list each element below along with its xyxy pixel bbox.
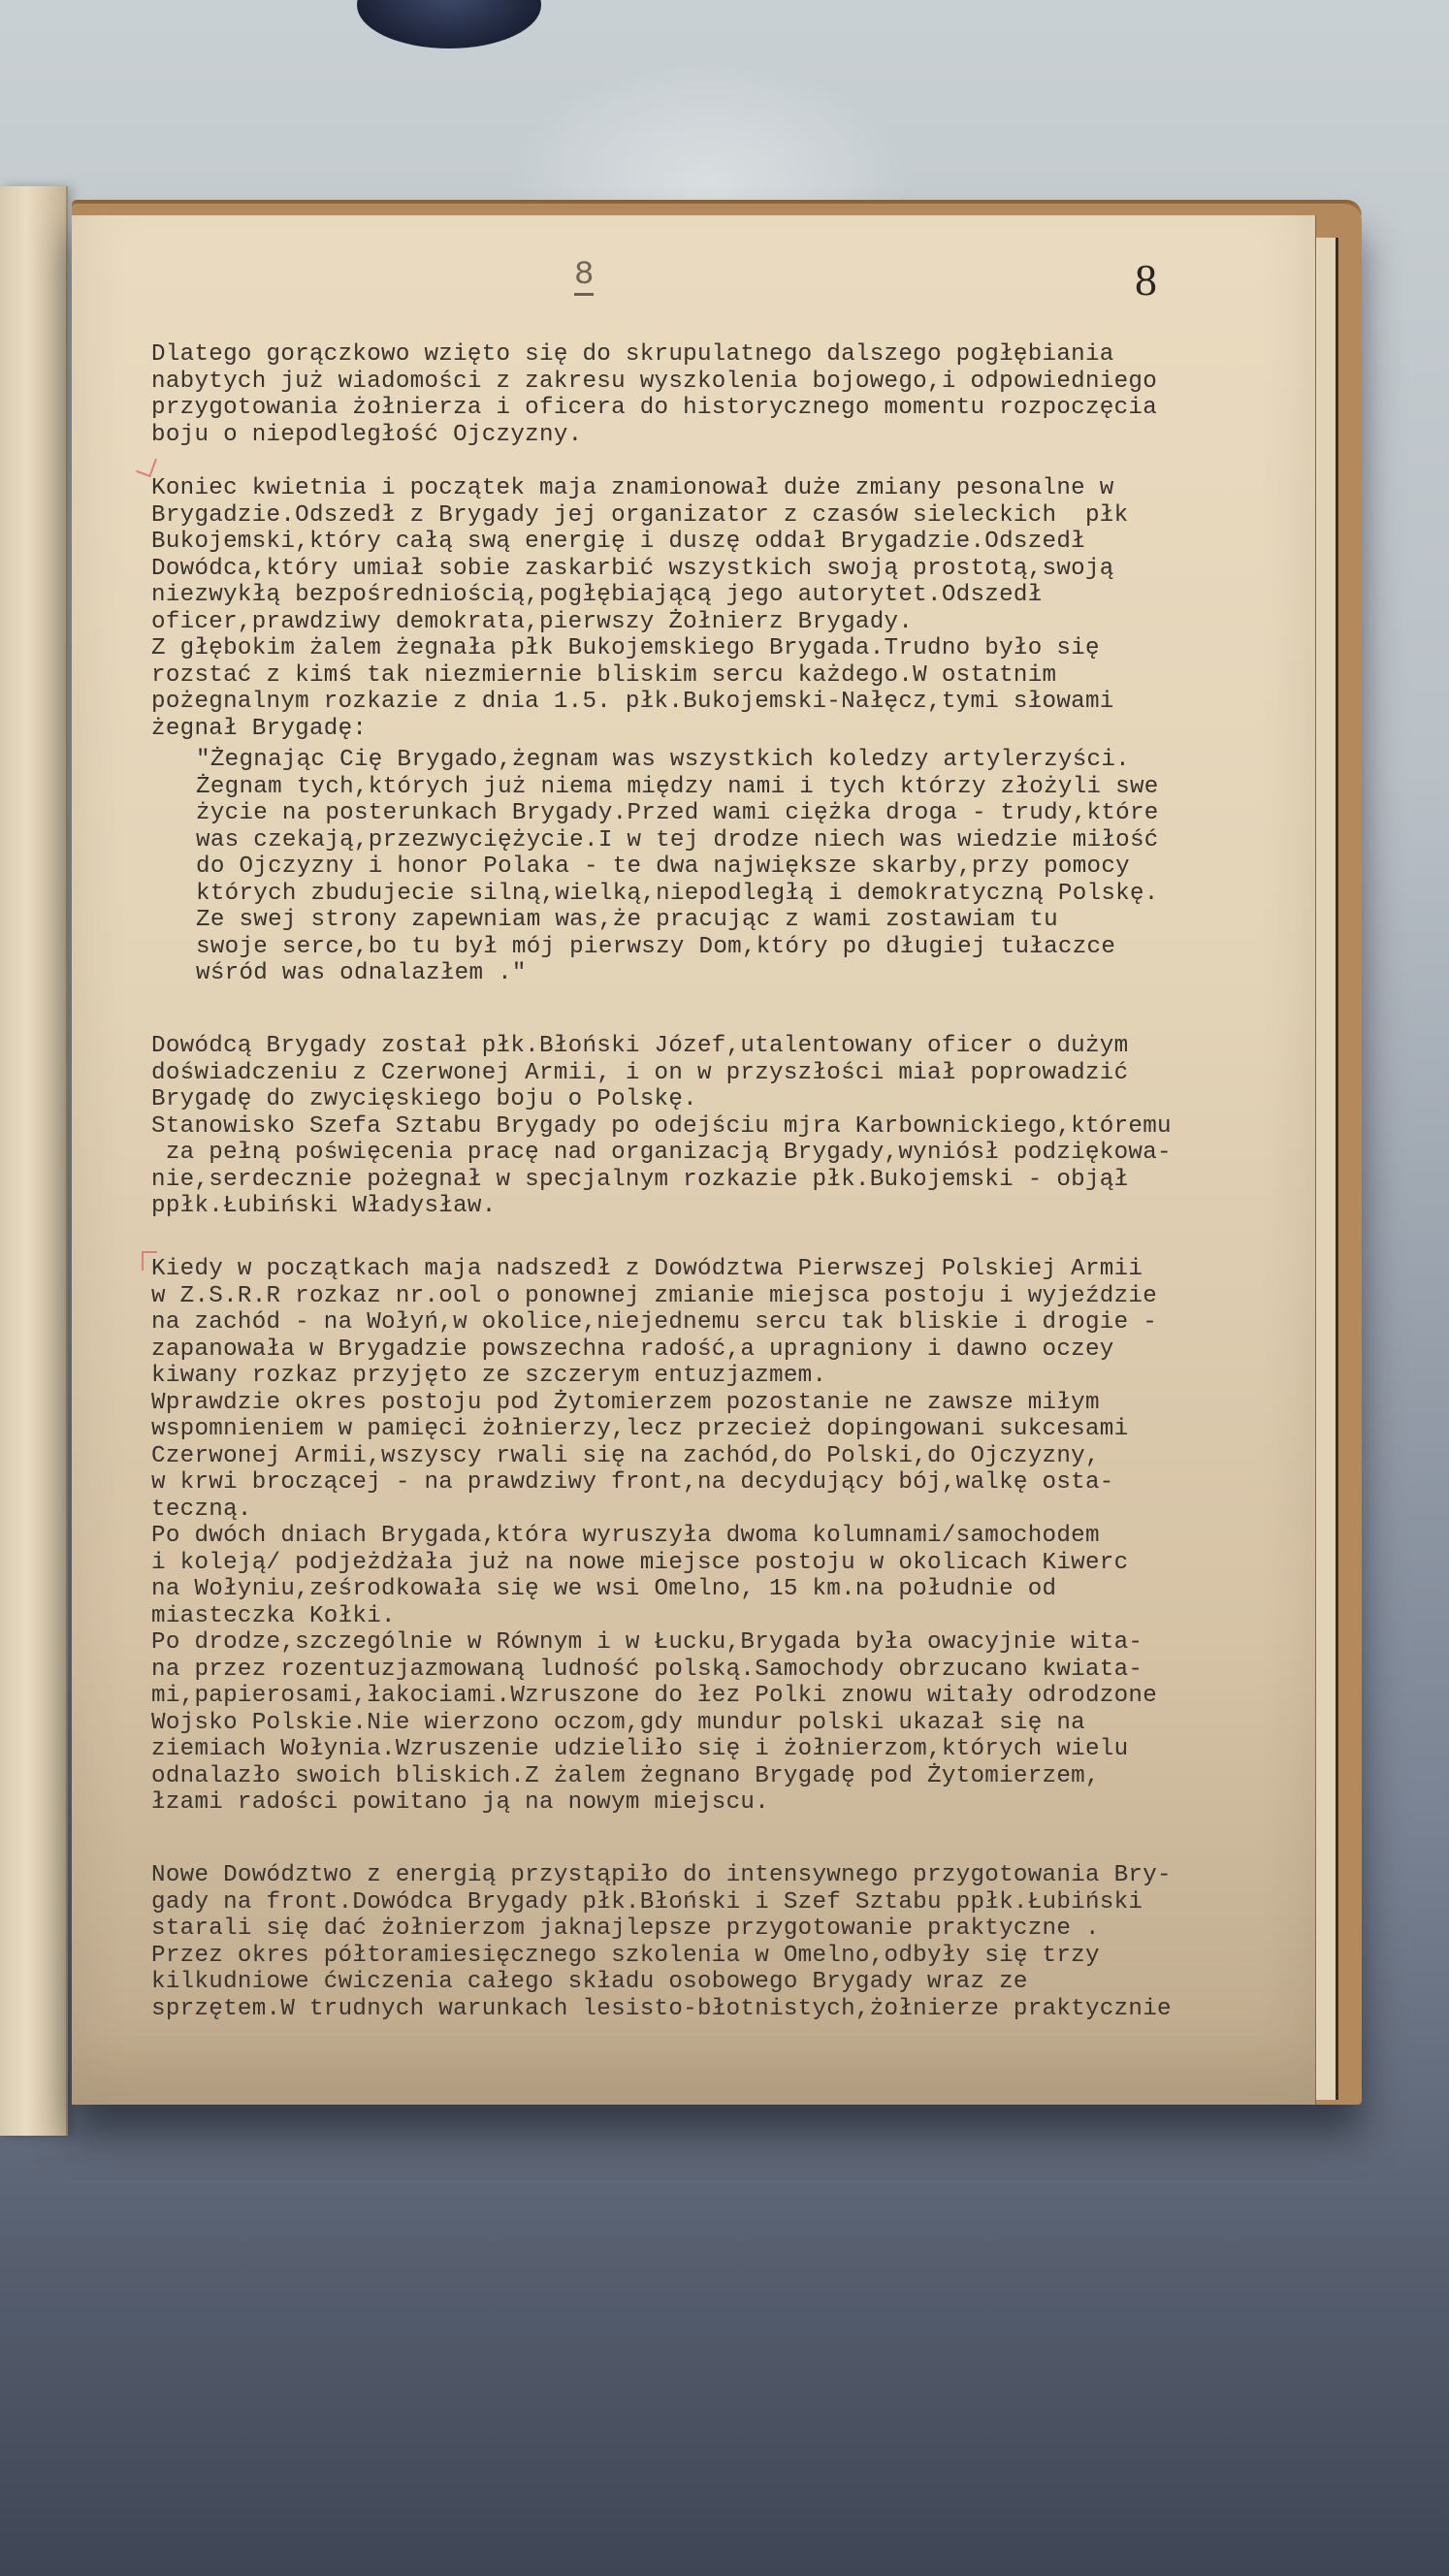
text-line: Czerwonej Armii,wszyscy rwali się na zac… (151, 1443, 1335, 1470)
text-line: doświadczeniu z Czerwonej Armii, i on w … (151, 1060, 1335, 1087)
text-line: Nowe Dowództwo z energią przystąpiło do … (151, 1862, 1335, 1889)
text-line: Z głębokim żalem żegnała płk Bukojemskie… (151, 635, 1335, 662)
text-line: boju o niepodległość Ojczyzny. (151, 422, 1335, 449)
text-line: Po drodze,szczególnie w Równym i w Łucku… (151, 1629, 1335, 1657)
paragraph-new-command-training: Nowe Dowództwo z energią przystąpiło do … (151, 1862, 1335, 2022)
text-line: Przez okres półtoramiesięcznego szkoleni… (151, 1943, 1335, 1970)
text-line: na Wołyniu,ześrodkowała się we wsi Omeln… (151, 1576, 1335, 1603)
text-line: życie na posterunkach Brygady.Przed wami… (196, 800, 1379, 827)
text-line: w Z.S.R.R rozkaz nr.ool o ponownej zmian… (151, 1283, 1335, 1310)
text-line: Koniec kwietnia i początek maja znamiono… (151, 475, 1335, 502)
text-line: Żegnam tych,których już niema między nam… (196, 774, 1379, 801)
text-line: "Żegnając Cię Brygado,żegnam was wszystk… (196, 747, 1379, 774)
text-line: mi,papierosami,łakociami.Wzruszone do łe… (151, 1683, 1335, 1710)
text-line: Dlatego gorączkowo wzięto się do skrupul… (151, 341, 1335, 369)
text-line: gady na front.Dowódca Brygady płk.Błońsk… (151, 1889, 1335, 1916)
text-line: swoje serce,bo tu był mój pierwszy Dom,k… (196, 934, 1379, 961)
text-line: rozstać z kimś tak niezmiernie bliskim s… (151, 662, 1335, 690)
text-line: wspomnieniem w pamięci żołnierzy,lecz pr… (151, 1416, 1335, 1443)
text-line: których zbudujecie silną,wielką,niepodle… (196, 881, 1379, 908)
text-line: na zachód - na Wołyń,w okolice,niejednem… (151, 1309, 1335, 1336)
text-line: Dowódca,który umiał sobie zaskarbić wszy… (151, 556, 1335, 583)
text-line: ppłk.Łubiński Władysław. (151, 1193, 1335, 1220)
text-line: i koleją/ podjeżdżała już na nowe miejsc… (151, 1550, 1335, 1577)
text-line: teczną. (151, 1497, 1335, 1524)
text-line: nie,serdecznie pożegnał w specjalnym roz… (151, 1167, 1335, 1194)
text-line: kilkudniowe ćwiczenia całego składu osob… (151, 1969, 1335, 1996)
text-line: starali się dać żołnierzom jaknajlepsze … (151, 1916, 1335, 1943)
text-line: przygotowania żołnierza i oficera do his… (151, 395, 1335, 422)
text-line: w krwi broczącej - na prawdziwy front,na… (151, 1469, 1335, 1497)
text-line: Po dwóch dniach Brygada,która wyruszyła … (151, 1523, 1335, 1550)
text-line: ziemiach Wołynia.Wzruszenie udzieliło si… (151, 1736, 1335, 1763)
text-line: pożegnalnym rozkazie z dnia 1.5. płk.Buk… (151, 689, 1335, 716)
typed-page-number: 8 (574, 258, 594, 296)
text-line: Bukojemski,który całą swą energię i dusz… (151, 529, 1335, 556)
text-line: Wprawdzie okres postoju pod Żytomierzem … (151, 1390, 1335, 1417)
text-line: oficer,prawdziwy demokrata,pierwszy Żołn… (151, 609, 1335, 636)
text-line: na przez rozentuzjazmowaną ludność polsk… (151, 1657, 1335, 1684)
text-line: was czekają,przezwyciężycie.I w tej drod… (196, 827, 1379, 854)
text-line: Ze swej strony zapewniam was,że pracując… (196, 907, 1379, 934)
paragraph-training: Dlatego gorączkowo wzięto się do skrupul… (151, 341, 1335, 448)
text-line: sprzętem.W trudnych warunkach lesisto-bł… (151, 1996, 1335, 2023)
previous-page-edge (0, 186, 68, 2136)
text-line: miasteczka Kołki. (151, 1603, 1335, 1630)
text-line: żegnał Brygadę: (151, 716, 1335, 743)
text-line: niezwykłą bezpośredniością,pogłębiającą … (151, 582, 1335, 609)
farewell-quote: "Żegnając Cię Brygado,żegnam was wszystk… (196, 747, 1379, 987)
handwritten-page-number: 8 (1135, 254, 1157, 306)
text-line: Wojsko Polskie.Nie wierzono oczom,gdy mu… (151, 1710, 1335, 1737)
text-line: odnalazło swoich bliskich.Z żalem żegnan… (151, 1763, 1335, 1790)
lamp-shadow (357, 0, 541, 48)
text-line: nabytych już wiadomości z zakresu wyszko… (151, 369, 1335, 396)
text-line: łzami radości powitano ją na nowym miejs… (151, 1789, 1335, 1817)
text-line: za pełną poświęcenia pracę nad organizac… (151, 1140, 1335, 1167)
light-glare (504, 58, 912, 213)
text-line: Stanowisko Szefa Sztabu Brygady po odejś… (151, 1113, 1335, 1141)
paragraph-personnel-changes: Koniec kwietnia i początek maja znamiono… (151, 475, 1335, 742)
text-line: kiwany rozkaz przyjęto ze szczerym entuz… (151, 1363, 1335, 1390)
text-line: wśród was odnalazłem ." (196, 960, 1379, 987)
paragraph-move-west: Kiedy w początkach maja nadszedł z Dowód… (151, 1256, 1335, 1817)
text-line: Kiedy w początkach maja nadszedł z Dowód… (151, 1256, 1335, 1283)
text-line: do Ojczyzny i honor Polaka - te dwa najw… (196, 853, 1379, 881)
text-line: Brygadę do zwycięskiego boju o Polskę. (151, 1086, 1335, 1113)
paragraph-new-commander: Dowódcą Brygady został płk.Błoński Józef… (151, 1033, 1335, 1220)
text-line: zapanowała w Brygadzie powszechna radość… (151, 1336, 1335, 1364)
text-line: Brygadzie.Odszedł z Brygady jej organiza… (151, 502, 1335, 530)
text-line: Dowódcą Brygady został płk.Błoński Józef… (151, 1033, 1335, 1060)
